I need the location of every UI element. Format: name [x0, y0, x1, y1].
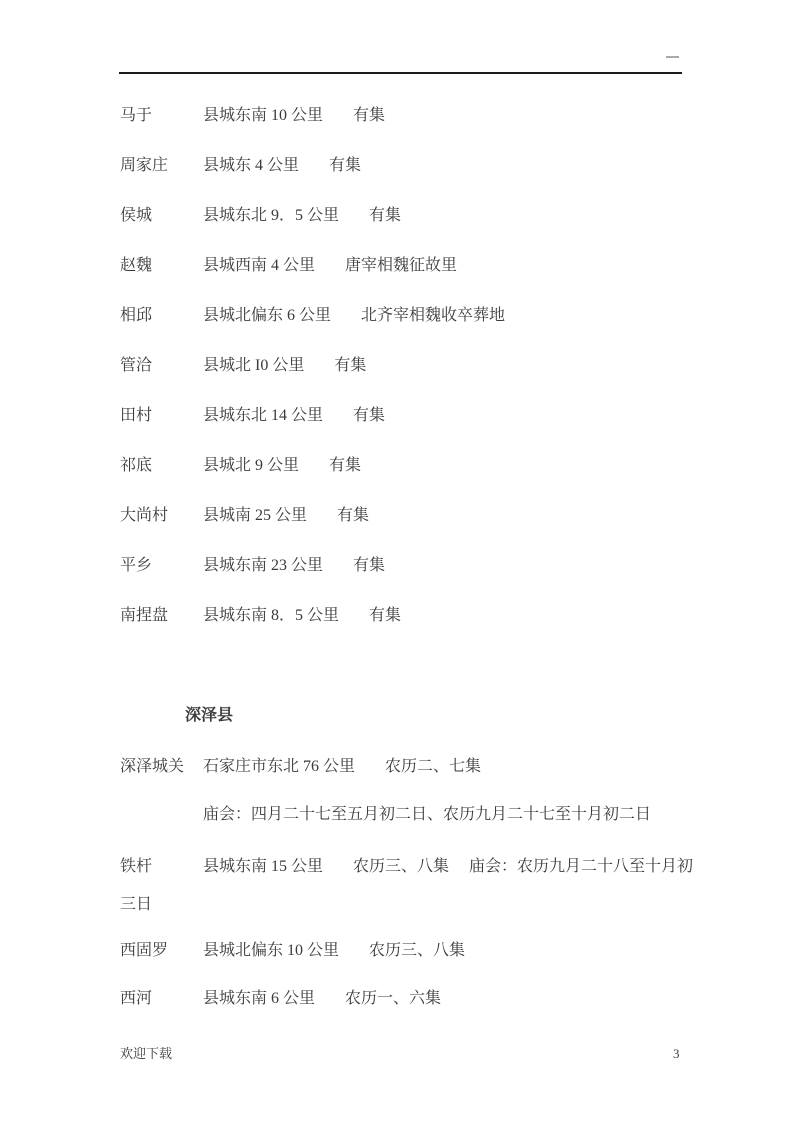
- town-market-info: 有集: [329, 152, 361, 175]
- town-location: 县城东南 15 公里: [203, 858, 323, 875]
- town-market-info: 有集: [334, 352, 366, 375]
- town-market-info: 有集: [337, 502, 369, 525]
- town-row: 铁杆县城东南 15 公里农历三、八集庙会：农历九月二十八至十月初三日: [120, 848, 704, 924]
- town-location: 县城东南 23 公里: [203, 552, 323, 575]
- town-market-info: 有集: [353, 552, 385, 575]
- town-name: 南捏盘: [120, 602, 203, 625]
- town-location: 县城东北 14 公里: [203, 402, 323, 425]
- town-name: 相邱: [120, 302, 203, 325]
- town-location: 县城北 I0 公里: [203, 352, 304, 375]
- town-location: 石家庄市东北 76 公里: [203, 753, 355, 776]
- town-list-section: 马于县城东南 10 公里有集周家庄县城东 4 公里有集侯城县城东北 9．5 公里…: [120, 88, 704, 638]
- town-name: 马于: [120, 102, 203, 125]
- town-location: 县城西南 4 公里: [203, 252, 315, 275]
- town-name: 西固罗: [120, 937, 203, 960]
- header-rule-line: [119, 72, 682, 74]
- town-market-info: 有集: [369, 202, 401, 225]
- town-name: 赵魏: [120, 252, 203, 275]
- town-name: 铁杆: [120, 848, 203, 886]
- town-market-info: 有集: [329, 452, 361, 475]
- header-dash: [666, 56, 679, 58]
- town-row: 侯城县城东北 9．5 公里有集: [120, 188, 704, 238]
- town-row: 管洽县城北 I0 公里有集: [120, 338, 704, 388]
- town-location: 县城东南 8．5 公里: [203, 602, 339, 625]
- town-market-info: 北齐宰相魏收卒葬地: [361, 302, 505, 325]
- town-location: 县城东北 9．5 公里: [203, 202, 339, 225]
- town-name: 祁底: [120, 452, 203, 475]
- town-market-info: 有集: [353, 402, 385, 425]
- town-market-info: 农历一、六集: [345, 985, 441, 1008]
- document-page: 马于县城东南 10 公里有集周家庄县城东 4 公里有集侯城县城东北 9．5 公里…: [0, 0, 800, 1132]
- town-row: 西河县城东南 6 公里农历一、六集: [120, 980, 704, 1012]
- town-location: 县城北 9 公里: [203, 452, 299, 475]
- town-row: 平乡县城东南 23 公里有集: [120, 538, 704, 588]
- footer-download-note: 欢迎下载: [120, 1047, 172, 1060]
- town-row: 周家庄县城东 4 公里有集: [120, 138, 704, 188]
- town-row: 祁底县城北 9 公里有集: [120, 438, 704, 488]
- town-name: 管洽: [120, 352, 203, 375]
- town-location: 县城北偏东 10 公里: [203, 937, 339, 960]
- town-name: 深泽城关: [120, 753, 203, 776]
- town-row: 赵魏县城西南 4 公里唐宰相魏征故里: [120, 238, 704, 288]
- town-location: 县城东 4 公里: [203, 152, 299, 175]
- town-row: 田村县城东北 14 公里有集: [120, 388, 704, 438]
- town-row: 大尚村县城南 25 公里有集: [120, 488, 704, 538]
- footer-page-number: 3: [673, 1047, 680, 1060]
- county-heading: 深泽县: [185, 708, 233, 724]
- town-location: 县城北偏东 6 公里: [203, 302, 331, 325]
- town-name: 田村: [120, 402, 203, 425]
- town-market-info: 唐宰相魏征故里: [345, 252, 457, 275]
- town-name: 侯城: [120, 202, 203, 225]
- town-location: 县城南 25 公里: [203, 502, 307, 525]
- town-name: 西河: [120, 985, 203, 1008]
- town-row: 深泽城关石家庄市东北 76 公里农历二、七集: [120, 748, 704, 780]
- town-market-info: 有集: [369, 602, 401, 625]
- town-row: 相邱县城北偏东 6 公里北齐宰相魏收卒葬地: [120, 288, 704, 338]
- fair-continuation-line: 庙会：四月二十七至五月初二日、农历九月二十七至十月初二日: [203, 807, 651, 823]
- town-market-info: 农历三、八集: [353, 858, 449, 875]
- town-name: 大尚村: [120, 502, 203, 525]
- town-location: 县城东南 6 公里: [203, 985, 315, 1008]
- town-market-info: 农历三、八集: [369, 937, 465, 960]
- town-market-info: 农历二、七集: [385, 753, 481, 776]
- town-row: 马于县城东南 10 公里有集: [120, 88, 704, 138]
- town-name: 周家庄: [120, 152, 203, 175]
- town-row: 南捏盘县城东南 8．5 公里有集: [120, 588, 704, 638]
- town-location: 县城东南 10 公里: [203, 102, 323, 125]
- town-row: 西固罗县城北偏东 10 公里农历三、八集: [120, 932, 704, 964]
- town-name: 平乡: [120, 552, 203, 575]
- town-market-info: 有集: [353, 102, 385, 125]
